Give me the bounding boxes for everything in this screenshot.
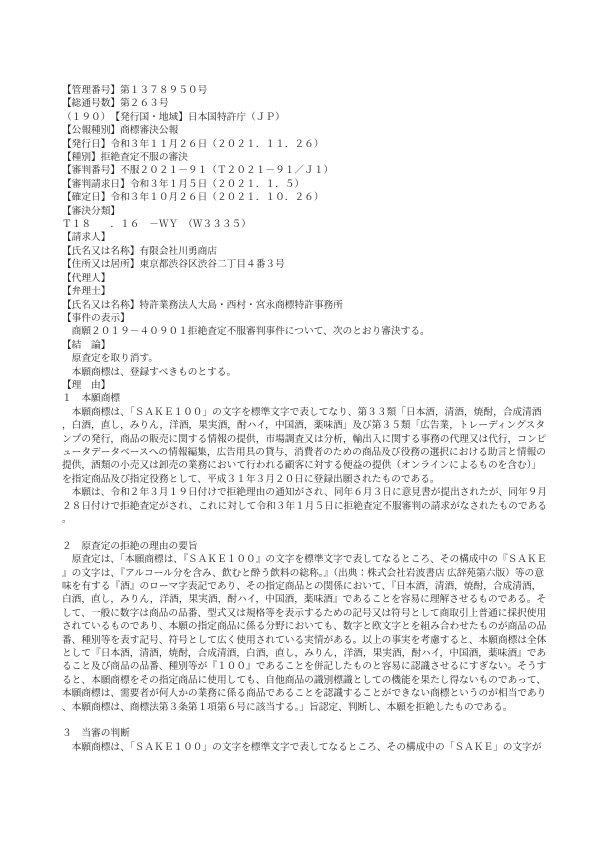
- conclusion-text-1: 原査定を取り消す。: [62, 352, 549, 365]
- conclusion-label: 【結 論】: [62, 339, 549, 352]
- field-decision-kind: 【種別】拒絶査定不服の審決: [62, 151, 549, 164]
- field-total-issue-number: 【総通号数】第２６３号: [62, 97, 549, 110]
- field-appellant-address: 【住所又は居所】東京都渋谷区渋谷二丁目４番３号: [62, 258, 549, 271]
- section-1-paragraph-1: 本願商標は、「ＳＡＫＥ１００」の文字を標準文字で表してなり、第３３類「日本酒，清…: [62, 406, 549, 486]
- field-decision-classification-code: Ｔ１８ ．１６ －ＷＹ （Ｗ３３３５）: [62, 218, 549, 231]
- section-applied-trademark: １ 本願商標 本願商標は、「ＳＡＫＥ１００」の文字を標準文字で表してなり、第３３…: [62, 392, 549, 526]
- field-appeal-request-date: 【審判請求日】令和３年１月５日（２０２１．１．５）: [62, 178, 549, 191]
- section-refusal-reason-summary: ２ 原査定の拒絶の理由の要旨 原査定は、「本願商標は、『ＳＡＫＥ１００』の文字を…: [62, 540, 549, 714]
- field-agent-label: 【代理人】: [62, 272, 549, 285]
- section-1-heading: １ 本願商標: [62, 392, 549, 405]
- field-decision-classification-label: 【審決分類】: [62, 205, 549, 218]
- reason-label: 【理 由】: [62, 379, 549, 392]
- field-gazette-type: 【公報種別】商標審決公報: [62, 124, 549, 137]
- document-content: 【管理番号】第１３７８９５０号 【総通号数】第２６３号 （１９０） 【発行国・地…: [62, 84, 549, 754]
- section-board-judgment: ３ 当審の判断 本願商標は、「ＳＡＫＥ１００」の文字を標準文字で表してなるところ…: [62, 727, 549, 754]
- field-appeal-number: 【審判番号】不服２０２１－９１（Ｔ２０２１－９１／Ｊ１）: [62, 164, 549, 177]
- section-3-paragraph-1: 本願商標は、「ＳＡＫＥ１００」の文字を標準文字で表してなるところ、その構成中の「…: [62, 741, 549, 754]
- field-appellant-name: 【氏名又は名称】有限会社川勇商店: [62, 245, 549, 258]
- field-management-number: 【管理番号】第１３７８９５０号: [62, 84, 549, 97]
- conclusion-text-2: 本願商標は、登録すべきものとする。: [62, 366, 549, 379]
- case-indication-text: 商願２０１９－４０９０１拒絶査定不服審判事件について、次のとおり審決する。: [62, 325, 549, 338]
- gazette-page: 【管理番号】第１３７８９５０号 【総通号数】第２６３号 （１９０） 【発行国・地…: [0, 0, 600, 849]
- section-3-heading: ３ 当審の判断: [62, 727, 549, 740]
- field-appellant-label: 【請求人】: [62, 231, 549, 244]
- section-2-paragraph-1: 原査定は、「本願商標は、『ＳＡＫＥ１００』の文字を標準文字で表してなるところ、そ…: [62, 553, 549, 714]
- section-1-paragraph-2: 本願は、令和２年３月１９日付けで拒絶理由の通知がされ、同年６月３日に意見書が提出…: [62, 486, 549, 526]
- field-publication-date: 【発行日】令和３年１１月２６日（２０２１．１１．２６）: [62, 138, 549, 151]
- section-2-heading: ２ 原査定の拒絶の理由の要旨: [62, 540, 549, 553]
- field-attorney-label: 【弁理士】: [62, 285, 549, 298]
- field-agent-name: 【氏名又は名称】特許業務法人大島・西村・宮永商標特許事務所: [62, 299, 549, 312]
- field-case-indication-label: 【事件の表示】: [62, 312, 549, 325]
- field-publication-country: （１９０） 【発行国・地域】日本国特許庁（ＪＰ）: [62, 111, 549, 124]
- field-fixed-date: 【確定日】令和３年１０月２６日（２０２１．１０．２６）: [62, 191, 549, 204]
